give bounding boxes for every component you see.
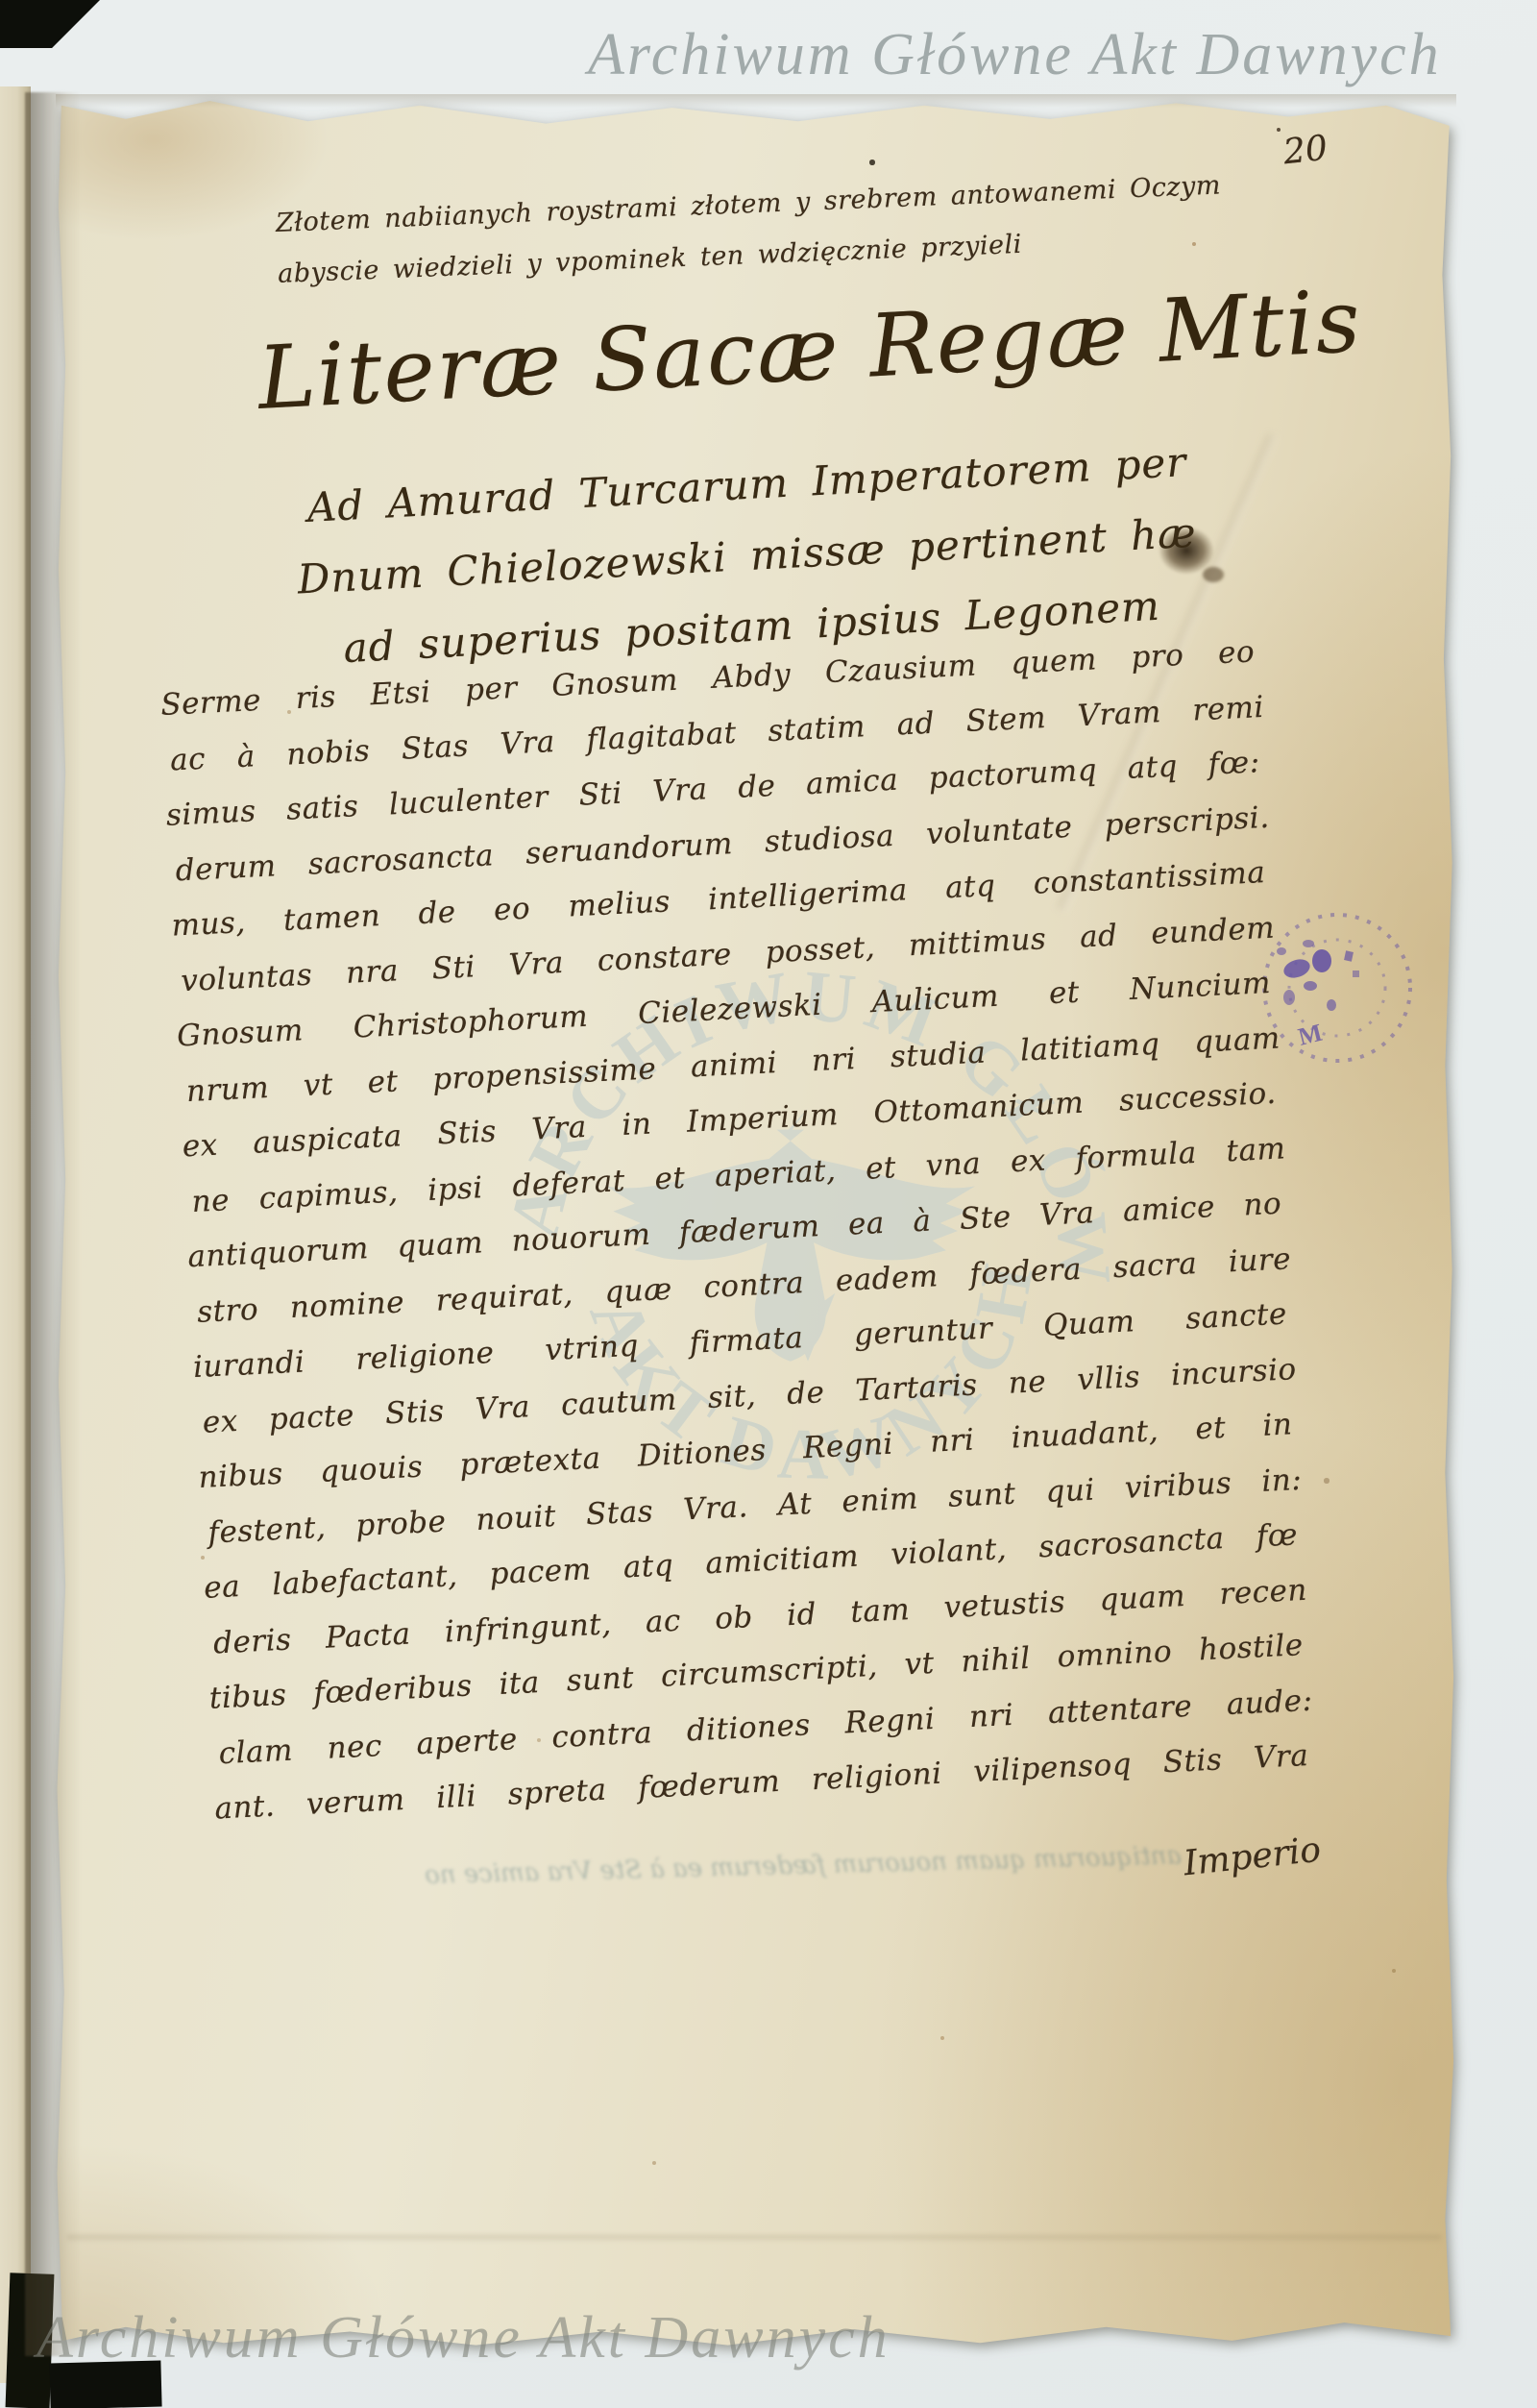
page-top-shadow: [56, 94, 1456, 108]
stamp-ink-blobs: [1277, 940, 1359, 1011]
bottom-crease: [67, 2235, 1441, 2242]
manuscript-scan: Archiwum Główne Akt Dawnych ARCHIWUM GŁÓ…: [0, 0, 1537, 2408]
ink-blot-small: [1203, 567, 1224, 582]
stamp-letter: M: [1295, 1019, 1325, 1051]
paper-specks: [0, 0, 2, 2]
body-text: Serme ris Etsi per Gnosum Abdy Czausium …: [159, 625, 1310, 1837]
stamp-outer-ring: [1264, 915, 1410, 1061]
round-archive-stamp: M: [1260, 894, 1424, 1086]
folio-number: 20: [1281, 129, 1330, 173]
